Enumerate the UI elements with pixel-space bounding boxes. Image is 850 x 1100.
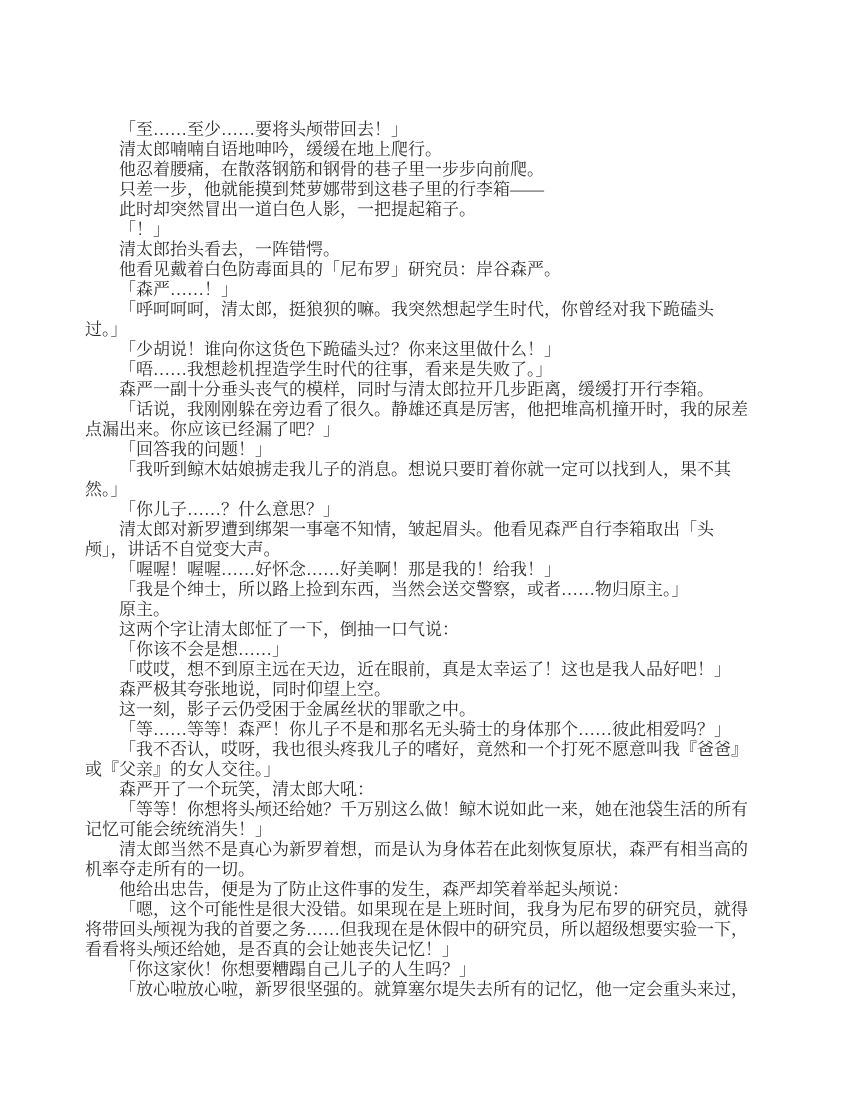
paragraph: 「我听到鲸木姑娘掳走我儿子的消息。想说只要盯着你就一定可以找到人，果不其然。」: [85, 460, 757, 500]
paragraph: 原主。: [85, 600, 757, 620]
paragraph: 「森严……！」: [85, 280, 757, 300]
paragraph: 「我是个绅士，所以路上捡到东西，当然会送交警察，或者……物归原主。」: [85, 580, 757, 600]
paragraph: 清太郎抬头看去，一阵错愕。: [85, 240, 757, 260]
paragraph: 「放心啦放心啦，新罗很坚强的。就算塞尔堤失去所有的记忆，他一定会重头来过，: [85, 980, 757, 1000]
paragraph: 「嗯，这个可能性是很大没错。如果现在是上班时间，我身为尼布罗的研究员，就得将带回…: [85, 900, 757, 960]
paragraph: 「话说，我刚刚躲在旁边看了很久。静雄还真是厉害，他把堆高机撞开时，我的尿差点漏出…: [85, 400, 757, 440]
paragraph: 「！」: [85, 220, 757, 240]
paragraph: 「至……至少……要将头颅带回去！」: [85, 120, 757, 140]
paragraph: 「回答我的问题！」: [85, 440, 757, 460]
paragraph: 森严开了一个玩笑，清太郎大吼：: [85, 780, 757, 800]
paragraph: 「你该不会是想……」: [85, 640, 757, 660]
novel-page: 「至……至少……要将头颅带回去！」清太郎喃喃自语地呻吟，缓缓在地上爬行。他忍着腰…: [0, 0, 850, 1100]
paragraph: 这一刻，影子云仍受困于金属丝状的罪歌之中。: [85, 700, 757, 720]
paragraph: 清太郎喃喃自语地呻吟，缓缓在地上爬行。: [85, 140, 757, 160]
paragraph: 森严极其夸张地说，同时仰望上空。: [85, 680, 757, 700]
paragraph: 「等等！你想将头颅还给她？千万别这么做！鲸木说如此一来，她在池袋生活的所有记忆可…: [85, 800, 757, 840]
paragraph: 「我不否认，哎呀，我也很头疼我儿子的嗜好，竟然和一个打死不愿意叫我『爸爸』或『父…: [85, 740, 757, 780]
paragraph: 他给出忠告，便是为了防止这件事的发生，森严却笑着举起头颅说：: [85, 880, 757, 900]
paragraph: 此时却突然冒出一道白色人影，一把提起箱子。: [85, 200, 757, 220]
paragraph: 这两个字让清太郎怔了一下，倒抽一口气说：: [85, 620, 757, 640]
paragraph: 「你这家伙！你想要糟蹋自己儿子的人生吗？」: [85, 960, 757, 980]
paragraph: 「唔……我想趁机捏造学生时代的往事，看来是失败了。」: [85, 360, 757, 380]
paragraph: 清太郎对新罗遭到绑架一事毫不知情，皱起眉头。他看见森严自行李箱取出「头颅」，讲话…: [85, 520, 757, 560]
novel-text-block: 「至……至少……要将头颅带回去！」清太郎喃喃自语地呻吟，缓缓在地上爬行。他忍着腰…: [85, 120, 757, 1000]
paragraph: 他忍着腰痛，在散落钢筋和钢骨的巷子里一步步向前爬。: [85, 160, 757, 180]
paragraph: 他看见戴着白色防毒面具的「尼布罗」研究员：岸谷森严。: [85, 260, 757, 280]
paragraph: 「少胡说！谁向你这货色下跪磕头过？你来这里做什么！」: [85, 340, 757, 360]
paragraph: 森严一副十分垂头丧气的模样，同时与清太郎拉开几步距离，缓缓打开行李箱。: [85, 380, 757, 400]
paragraph: 「呼呵呵呵，清太郎，挺狼狈的嘛。我突然想起学生时代，你曾经对我下跪磕头过。」: [85, 300, 757, 340]
paragraph: 「你儿子……？什么意思？」: [85, 500, 757, 520]
paragraph: 「喔喔！喔喔……好怀念……好美啊！那是我的！给我！」: [85, 560, 757, 580]
paragraph: 「哎哎，想不到原主远在天边，近在眼前，真是太幸运了！这也是我人品好吧！」: [85, 660, 757, 680]
paragraph: 只差一步，他就能摸到梵萝娜带到这巷子里的行李箱——: [85, 180, 757, 200]
paragraph: 「等……等等！森严！你儿子不是和那名无头骑士的身体那个……彼此相爱吗？」: [85, 720, 757, 740]
paragraph: 清太郎当然不是真心为新罗着想，而是认为身体若在此刻恢复原状，森严有相当高的机率夺…: [85, 840, 757, 880]
